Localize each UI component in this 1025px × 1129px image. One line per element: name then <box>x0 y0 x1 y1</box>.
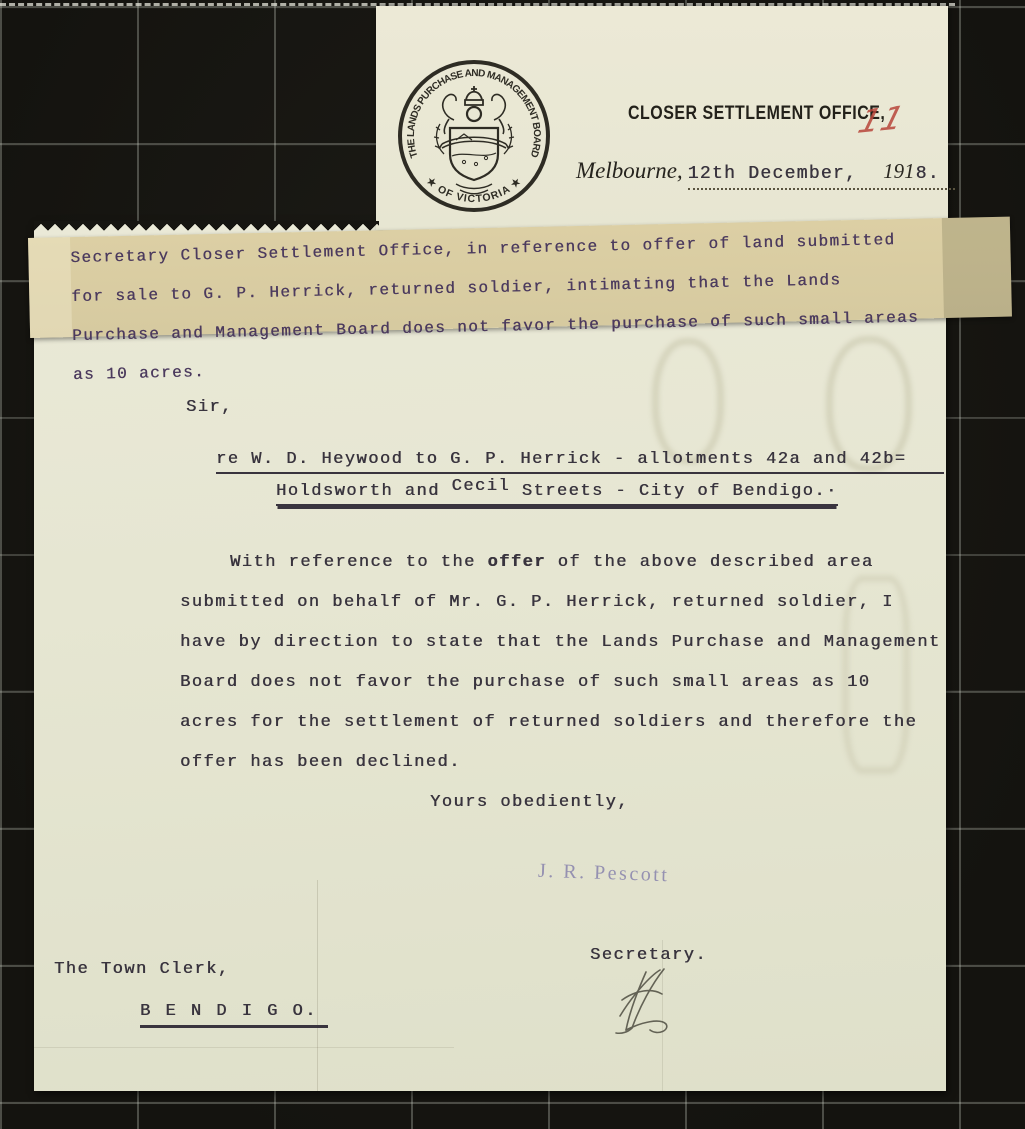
paper-crease <box>34 1047 454 1048</box>
typed-date: 12th December, <box>688 164 857 184</box>
body-line: With reference to the offer of the above… <box>180 543 938 583</box>
scanned-letter-page: THE LANDS PURCHASE AND MANAGEMENT BOARD … <box>0 0 1025 1129</box>
body-text: With reference to the <box>230 553 487 572</box>
name-stamp: J. R. Pescott <box>538 860 670 888</box>
body-line: submitted on behalf of Mr. G. P. Herrick… <box>180 583 938 623</box>
place-name: Melbourne, <box>576 158 683 184</box>
slip-line: as 10 acres. <box>73 363 205 384</box>
subject-line-2: Holdsworth and Cecil Streets - City of B… <box>276 482 838 506</box>
date-dotted-line: 12th December, 191 8. <box>688 159 955 190</box>
dateline: Melbourne, 12th December, 191 8. <box>576 158 955 190</box>
subject-line2-end: Streets - City of Bendigo.· <box>510 482 838 501</box>
paper-crease <box>317 880 318 1091</box>
addressee-name: The Town Clerk, <box>54 960 230 979</box>
body-line: have by direction to state that the Land… <box>180 623 938 663</box>
slip-line: Secretary Closer Settlement Office, in r… <box>70 231 895 267</box>
subject-line2-start: Holdsworth and <box>276 482 452 501</box>
office-name: CLOSER SETTLEMENT OFFICE, <box>628 103 885 125</box>
letter-body: With reference to the offer of the above… <box>180 543 938 783</box>
slip-line: for sale to G. P. Herrick, returned sold… <box>71 271 841 306</box>
slip-line: Purchase and Management Board does not f… <box>72 309 919 345</box>
annotation-slip: Secretary Closer Settlement Office, in r… <box>28 217 1012 338</box>
annotation-slip-text: Secretary Closer Settlement Office, in r… <box>70 231 920 386</box>
signature-title: Secretary. <box>590 946 707 965</box>
subject-heading: re W. D. Heywood to G. P. Herrick - allo… <box>216 450 944 506</box>
body-text: of the above described area <box>546 553 874 572</box>
body-line: Board does not favor the purchase of suc… <box>180 663 938 703</box>
addressee-city: B E N D I G O. <box>140 1002 328 1028</box>
printed-year-prefix: 191 <box>883 159 915 184</box>
subject-line-1: re W. D. Heywood to G. P. Herrick - allo… <box>216 450 944 474</box>
body-line: acres for the settlement of returned sol… <box>180 703 938 743</box>
typed-year-digit: 8. <box>916 164 940 184</box>
body-text-bold: offer <box>487 553 546 572</box>
salutation: Sir, <box>186 398 233 417</box>
torn-edge <box>34 221 379 231</box>
subject-line2-raised-word: Cecil <box>452 477 511 496</box>
signature-scribble <box>602 966 702 1038</box>
lands-purchase-board-seal-icon: THE LANDS PURCHASE AND MANAGEMENT BOARD … <box>394 56 554 216</box>
body-line: offer has been declined. <box>180 743 938 783</box>
closing-phrase: Yours obediently, <box>430 793 629 812</box>
